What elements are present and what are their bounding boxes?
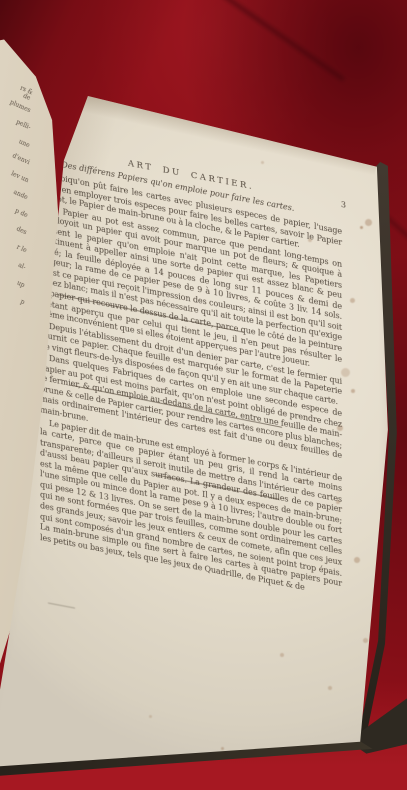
cloth-crease	[220, 0, 345, 81]
left-page-text-fragment: des	[5, 222, 28, 236]
foxing-spot	[363, 638, 368, 643]
left-page-text-fragment: pelli-	[9, 117, 32, 131]
photo-scene: rs & deplumespelli-uned'envilev unandep …	[0, 0, 407, 790]
foxing-spot	[351, 389, 355, 393]
left-page-text-fragment: up	[3, 274, 26, 288]
book-page: ART DU CARTIER. 3 §. I. Des différens Pa…	[0, 0, 407, 790]
foxing-spot	[360, 226, 363, 229]
foxing-spot	[221, 747, 224, 750]
foxing-spot	[280, 653, 284, 657]
left-page-text-fragment: une	[8, 134, 31, 148]
ink-smudge	[48, 603, 75, 609]
left-page-text-fragment: p de	[6, 204, 29, 218]
left-page-text-fragment: ande	[6, 187, 29, 201]
left-page-text-fragment: lev un	[7, 169, 30, 183]
left-page-text-fragment: p	[3, 292, 26, 306]
foxing-spot	[350, 298, 355, 303]
foxing-spot	[261, 161, 264, 164]
foxing-spot	[365, 219, 372, 226]
left-page-text-fragment: al-	[4, 257, 27, 271]
left-page-text-fragment: d'envi	[7, 152, 30, 166]
foxing-spot	[328, 686, 332, 690]
page-text-block: ART DU CARTIER. 3 §. I. Des différens Pa…	[40, 142, 342, 601]
foxing-spot	[354, 557, 360, 563]
left-page-text-fragment: r le	[4, 239, 27, 253]
page-number: 3	[341, 200, 346, 210]
foxing-spot	[149, 715, 152, 718]
